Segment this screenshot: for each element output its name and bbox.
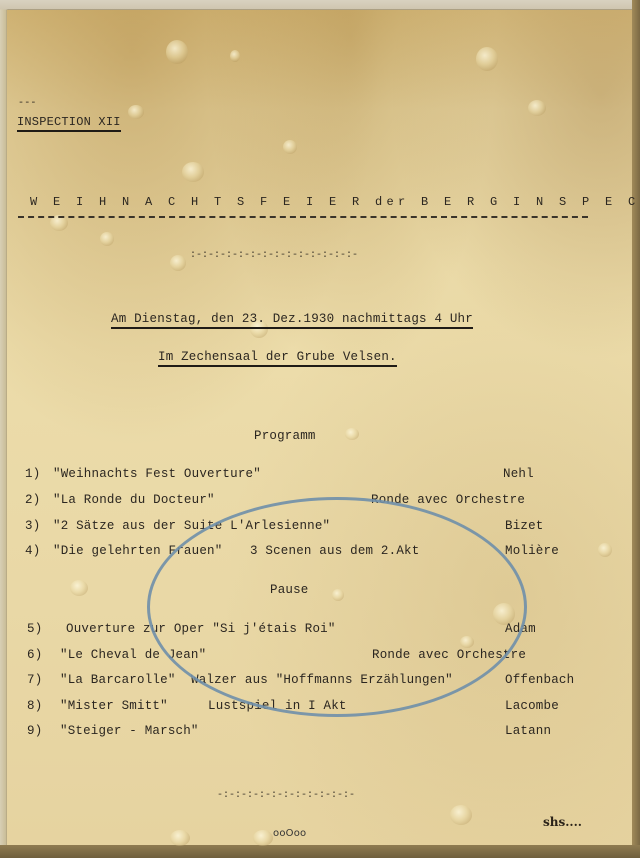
date-line: Am Dienstag, den 23. Dez.1930 nachmittag…: [111, 312, 473, 329]
frame-bottom-edge: [0, 845, 640, 858]
water-drop: [166, 40, 188, 64]
paper-sheet: [7, 10, 632, 845]
item-number: 4): [25, 544, 40, 558]
item-title: "Weihnachts Fest Ouverture": [53, 467, 261, 481]
water-drop: [598, 543, 612, 557]
item-number: 6): [27, 648, 42, 662]
program-heading: Programm: [254, 429, 316, 443]
item-number: 9): [27, 724, 42, 738]
item-composer: Offenbach: [505, 673, 574, 687]
document-title: W E I H N A C H T S F E I E R der B E R …: [30, 195, 640, 209]
water-drop: [450, 805, 472, 825]
water-drop: [182, 162, 204, 182]
item-number: 1): [25, 467, 40, 481]
water-drop: [253, 830, 273, 846]
water-drop: [476, 47, 498, 71]
water-drop: [283, 140, 297, 154]
item-number: 5): [27, 622, 42, 636]
frame-right-edge: [632, 0, 640, 858]
water-drop: [170, 830, 190, 846]
item-composer: Nehl: [503, 467, 534, 481]
item-title: "La Ronde du Docteur": [53, 493, 215, 507]
item-number: 7): [27, 673, 42, 687]
department-label: INSPECTION XII: [17, 115, 121, 132]
ornament-bottom: -:-:-:-:-:-:-:-:-:-:-:-: [217, 790, 355, 801]
signature: shs....: [543, 815, 582, 829]
hand-drawn-ellipse-annotation: [147, 497, 527, 717]
water-drop: [230, 50, 240, 62]
water-drop: [528, 100, 546, 116]
footer-mark: ooOoo: [273, 828, 306, 839]
item-title: "Mister Smitt": [60, 699, 168, 713]
location-line: Im Zechensaal der Grube Velsen.: [158, 350, 397, 367]
item-composer: Molière: [505, 544, 559, 558]
item-composer: Bizet: [505, 519, 544, 533]
title-underline: [18, 216, 588, 218]
water-drop: [345, 428, 359, 440]
item-title: "La Barcarolle": [60, 673, 176, 687]
water-drop: [170, 255, 186, 271]
item-number: 8): [27, 699, 42, 713]
item-title: "Steiger - Marsch": [60, 724, 199, 738]
header-marks: ---: [18, 98, 37, 109]
water-drop: [128, 105, 144, 119]
water-drop: [100, 232, 114, 246]
item-composer: Latann: [505, 724, 551, 738]
item-composer: Lacombe: [505, 699, 559, 713]
item-number: 3): [25, 519, 40, 533]
item-number: 2): [25, 493, 40, 507]
ornament-top: :-:-:-:-:-:-:-:-:-:-:-:-:-:-: [190, 250, 358, 261]
water-drop: [70, 580, 88, 596]
